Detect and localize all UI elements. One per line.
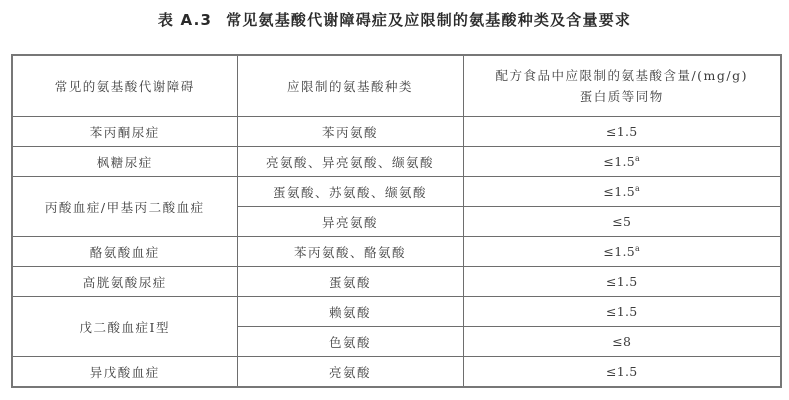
disorder-cell: 酪氨酸血症 (12, 237, 237, 267)
table-row: 高胱氨酸尿症 蛋氨酸 ≤1.5 (12, 267, 781, 297)
header-amino-acids: 应限制的氨基酸种类 (237, 55, 463, 117)
limit-cell: ≤1.5 (463, 117, 781, 147)
limit-cell: ≤1.5a (463, 177, 781, 207)
limit-value: ≤1.5 (606, 124, 638, 139)
amino-acid-cell: 亮氨酸 (237, 357, 463, 388)
header-limit-line2: 蛋白质等同物 (464, 86, 781, 107)
table-number: 表 A.3 (158, 11, 212, 29)
disorder-cell: 戊二酸血症Ⅰ型 (12, 297, 237, 357)
limit-cell: ≤1.5a (463, 147, 781, 177)
footnote-marker: a (635, 154, 640, 163)
disorder-cell: 丙酸血症/甲基丙二酸血症 (12, 177, 237, 237)
header-disorder: 常见的氨基酸代谢障碍 (12, 55, 237, 117)
amino-acid-cell: 赖氨酸 (237, 297, 463, 327)
disorder-cell: 苯丙酮尿症 (12, 117, 237, 147)
amino-acid-requirements-table: 常见的氨基酸代谢障碍 应限制的氨基酸种类 配方食品中应限制的氨基酸含量/(mg/… (11, 54, 782, 388)
amino-acid-cell: 异亮氨酸 (237, 207, 463, 237)
footnote-marker: a (635, 244, 640, 253)
table-row: 丙酸血症/甲基丙二酸血症 蛋氨酸、苏氨酸、缬氨酸 ≤1.5a (12, 177, 781, 207)
limit-value: ≤1.5 (603, 184, 635, 199)
disorder-cell: 异戊酸血症 (12, 357, 237, 388)
header-limit: 配方食品中应限制的氨基酸含量/(mg/g) 蛋白质等同物 (463, 55, 781, 117)
amino-acid-cell: 亮氨酸、异亮氨酸、缬氨酸 (237, 147, 463, 177)
limit-value: ≤1.5 (606, 364, 638, 379)
limit-value: ≤1.5 (603, 244, 635, 259)
limit-value: ≤8 (612, 334, 631, 349)
table-row: 酪氨酸血症 苯丙氨酸、酪氨酸 ≤1.5a (12, 237, 781, 267)
disorder-cell: 枫糖尿症 (12, 147, 237, 177)
limit-cell: ≤1.5 (463, 267, 781, 297)
footnote-marker: a (635, 184, 640, 193)
limit-cell: ≤1.5a (463, 237, 781, 267)
limit-cell: ≤1.5 (463, 357, 781, 388)
amino-acid-cell: 苯丙氨酸、酪氨酸 (237, 237, 463, 267)
limit-value: ≤1.5 (606, 304, 638, 319)
limit-cell: ≤1.5 (463, 297, 781, 327)
amino-acid-cell: 色氨酸 (237, 327, 463, 357)
table-caption: 表 A.3常见氨基酸代谢障碍症及应限制的氨基酸种类及含量要求 (0, 9, 789, 31)
table-row: 枫糖尿症 亮氨酸、异亮氨酸、缬氨酸 ≤1.5a (12, 147, 781, 177)
limit-cell: ≤5 (463, 207, 781, 237)
header-limit-line1: 配方食品中应限制的氨基酸含量/(mg/g) (464, 65, 781, 86)
amino-acid-cell: 苯丙氨酸 (237, 117, 463, 147)
table-row: 戊二酸血症Ⅰ型 赖氨酸 ≤1.5 (12, 297, 781, 327)
disorder-cell: 高胱氨酸尿症 (12, 267, 237, 297)
header-row: 常见的氨基酸代谢障碍 应限制的氨基酸种类 配方食品中应限制的氨基酸含量/(mg/… (12, 55, 781, 117)
table-row: 异戊酸血症 亮氨酸 ≤1.5 (12, 357, 781, 388)
table-title: 常见氨基酸代谢障碍症及应限制的氨基酸种类及含量要求 (226, 11, 631, 29)
limit-value: ≤1.5 (603, 154, 635, 169)
amino-acid-cell: 蛋氨酸 (237, 267, 463, 297)
limit-value: ≤5 (612, 214, 631, 229)
amino-acid-cell: 蛋氨酸、苏氨酸、缬氨酸 (237, 177, 463, 207)
limit-value: ≤1.5 (606, 274, 638, 289)
table-row: 苯丙酮尿症 苯丙氨酸 ≤1.5 (12, 117, 781, 147)
limit-cell: ≤8 (463, 327, 781, 357)
